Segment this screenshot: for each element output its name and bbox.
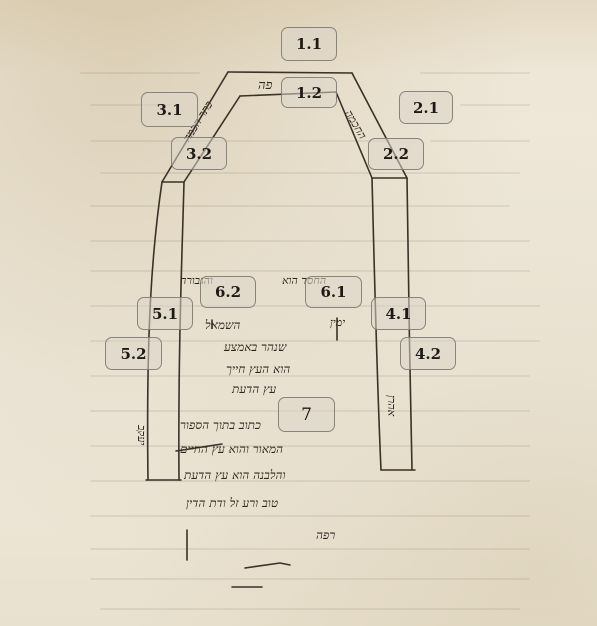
label-2-1[interactable]: 2.1 bbox=[399, 91, 453, 124]
text-near-4-1: ימין bbox=[330, 316, 345, 329]
label-3-2[interactable]: 3.2 bbox=[171, 137, 227, 170]
center-text-line-8: טוב ורע זל ודת הדין bbox=[186, 496, 278, 511]
label-4-1[interactable]: 4.1 bbox=[371, 297, 426, 330]
label-6-2[interactable]: 6.2 bbox=[200, 276, 256, 308]
center-text-line-4: עץ הדעת bbox=[232, 382, 276, 397]
center-text-line-9: רפה bbox=[316, 528, 335, 543]
label-1-2[interactable]: 1.2 bbox=[281, 77, 337, 108]
center-text-line-2: שנהר באמצע bbox=[224, 340, 286, 355]
lintel-text: פה bbox=[258, 77, 272, 93]
right-pillar-text: אהרן bbox=[385, 395, 398, 416]
label-1-1[interactable]: 1.1 bbox=[281, 27, 337, 61]
center-text-line-5: כתוב בתוך הספור bbox=[180, 418, 261, 433]
manuscript-page: פה כתר חכמה החכמה והגבורה החסד הוא ימין … bbox=[0, 0, 597, 626]
label-3-1[interactable]: 3.1 bbox=[141, 92, 198, 127]
label-5-2[interactable]: 5.2 bbox=[105, 337, 162, 370]
center-text-line-1: השמאל bbox=[205, 318, 240, 333]
label-5-1[interactable]: 5.1 bbox=[137, 297, 193, 330]
label-4-2[interactable]: 4.2 bbox=[400, 337, 456, 370]
left-pillar-text: יעקב bbox=[135, 425, 148, 445]
center-text-line-7: והלבנה הוא עץ הדעת bbox=[184, 468, 286, 483]
label-6-1[interactable]: 6.1 bbox=[305, 276, 362, 308]
label-2-2[interactable]: 2.2 bbox=[368, 138, 424, 170]
center-text-line-3: הוא העץ חייך bbox=[226, 362, 290, 377]
label-7[interactable]: 7 bbox=[278, 397, 335, 432]
center-text-line-6: המאור והוא עץ החיים bbox=[180, 442, 283, 457]
